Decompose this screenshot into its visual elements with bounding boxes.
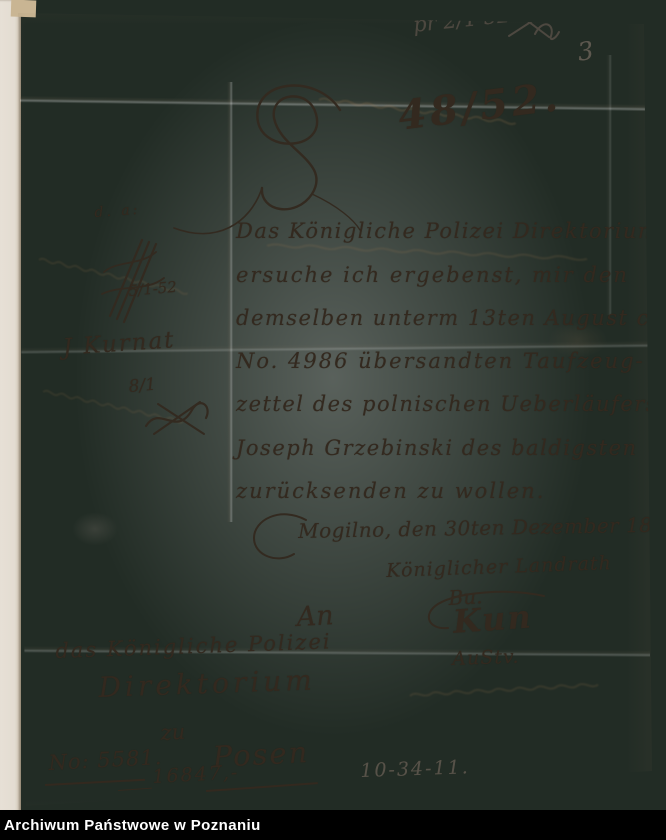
- margin-note: d. a:: [94, 203, 141, 221]
- underlying-page-edge: [0, 0, 21, 812]
- registry-number: No: 5581.: [48, 746, 163, 774]
- letter-body-line: zettel des polnischen Ueberläufers: [236, 393, 658, 415]
- signature-paraph-2: Kun: [452, 600, 534, 639]
- letter-body-line: Joseph Grzebinski des baldigsten: [236, 437, 638, 459]
- address-line-directorate: Direktorium: [98, 665, 316, 702]
- ink-bleedthrough: [410, 688, 610, 708]
- letter-body-line: Das Königliche Polizei Direktorium: [236, 220, 659, 242]
- margin-cancel-flourish: [142, 398, 218, 438]
- page-number: 3: [576, 38, 595, 66]
- smudge-stain: [72, 512, 118, 546]
- signature-paraph-3: AuStv.: [452, 648, 520, 670]
- archival-scan: pr 2/1 52 3 48/52. d. a: 5/1-52 J Kurnat…: [0, 0, 666, 840]
- letter-body-line: No. 4986 übersandten Taufzeug-: [236, 350, 645, 372]
- document-paper: pr 2/1 52 3 48/52. d. a: 5/1-52 J Kurnat…: [0, 0, 666, 840]
- opening-flourish: [188, 78, 363, 238]
- margin-paraph: [96, 232, 168, 324]
- dateline-flourish: [250, 510, 310, 564]
- margin-clerk-date: 8/1: [128, 377, 157, 397]
- letter-body-line: demselben unterm 13ten August c.: [236, 307, 658, 329]
- archive-name: Archiwum Państwowe w Poznaniu: [0, 817, 261, 834]
- letter-body-line: ersuche ich ergebenst, mir den: [236, 264, 629, 286]
- address-line-an: An: [296, 602, 334, 632]
- address-line-zu: zu: [160, 721, 186, 744]
- archive-footer-bar: Archiwum Państwowe w Poznaniu: [0, 810, 666, 840]
- letter-body-line: zurücksenden zu wollen.: [236, 480, 545, 502]
- cancel-mark-flourish: [505, 10, 561, 44]
- pencil-shelf-note: 10-34-11.: [360, 758, 470, 782]
